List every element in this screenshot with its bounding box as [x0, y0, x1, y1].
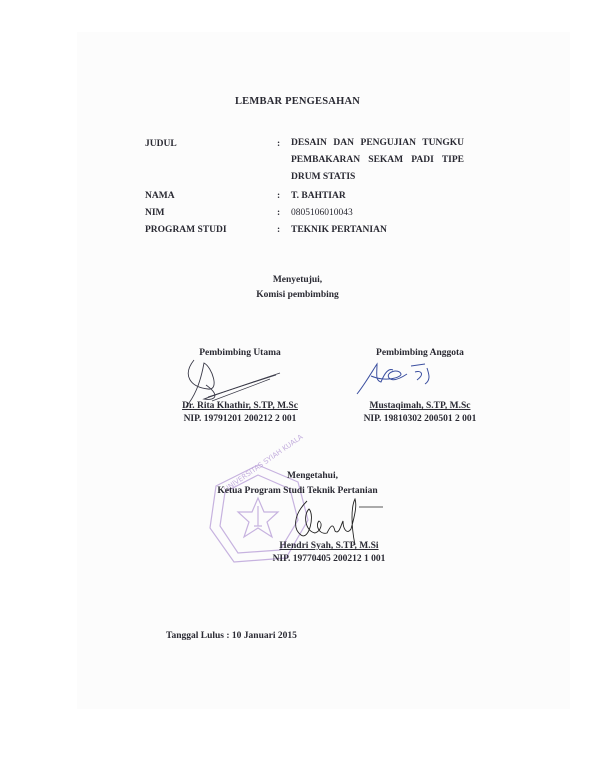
supervisor-2-nip: NIP. 19810302 200501 2 001	[330, 414, 510, 424]
field-separator: :	[277, 191, 280, 201]
field-separator: :	[277, 225, 280, 235]
field-value-nim: 0805106010043	[291, 208, 353, 218]
supervisor-2-name: Mustaqimah, S.TP, M.Sc	[330, 401, 510, 411]
head-nip: NIP. 19770405 200212 1 001	[220, 554, 420, 564]
field-label-program-studi: PROGRAM STUDI	[145, 225, 227, 235]
signature-supervisor-2	[355, 360, 465, 400]
judul-line-2: PEMBAKARAN SEKAM PADI TIPE	[291, 152, 464, 169]
scanned-page	[77, 32, 570, 709]
judul-line-3: DRUM STATIS	[291, 169, 464, 186]
graduation-date: Tanggal Lulus : 10 Januari 2015	[166, 631, 297, 641]
approval-line-2: Komisi pembimbing	[0, 290, 595, 300]
field-label-nama: NAMA	[145, 191, 175, 201]
document-title: LEMBAR PENGESAHAN	[0, 96, 595, 107]
field-separator: :	[277, 208, 280, 218]
field-label-nim: NIM	[145, 208, 165, 218]
field-label-judul: JUDUL	[145, 139, 177, 149]
supervisor-2-role: Pembimbing Anggota	[330, 348, 510, 358]
acknowledgement-line-1: Mengetahui,	[0, 471, 595, 481]
head-name: Hendri Syah, S.TP, M.Si	[220, 541, 420, 551]
field-value-nama: T. BAHTIAR	[291, 191, 346, 201]
approval-line-1: Menyetujui,	[0, 275, 595, 285]
supervisor-1-name: Dr. Rita Khathir, S.TP, M.Sc	[150, 401, 330, 411]
judul-line-1: DESAIN DAN PENGUJIAN TUNGKU	[291, 135, 464, 152]
field-value-judul: DESAIN DAN PENGUJIAN TUNGKU PEMBAKARAN S…	[291, 135, 464, 186]
field-value-program-studi: TEKNIK PERTANIAN	[291, 225, 387, 235]
supervisor-1-nip: NIP. 19791201 200212 2 001	[150, 414, 330, 424]
field-separator: :	[277, 139, 280, 149]
